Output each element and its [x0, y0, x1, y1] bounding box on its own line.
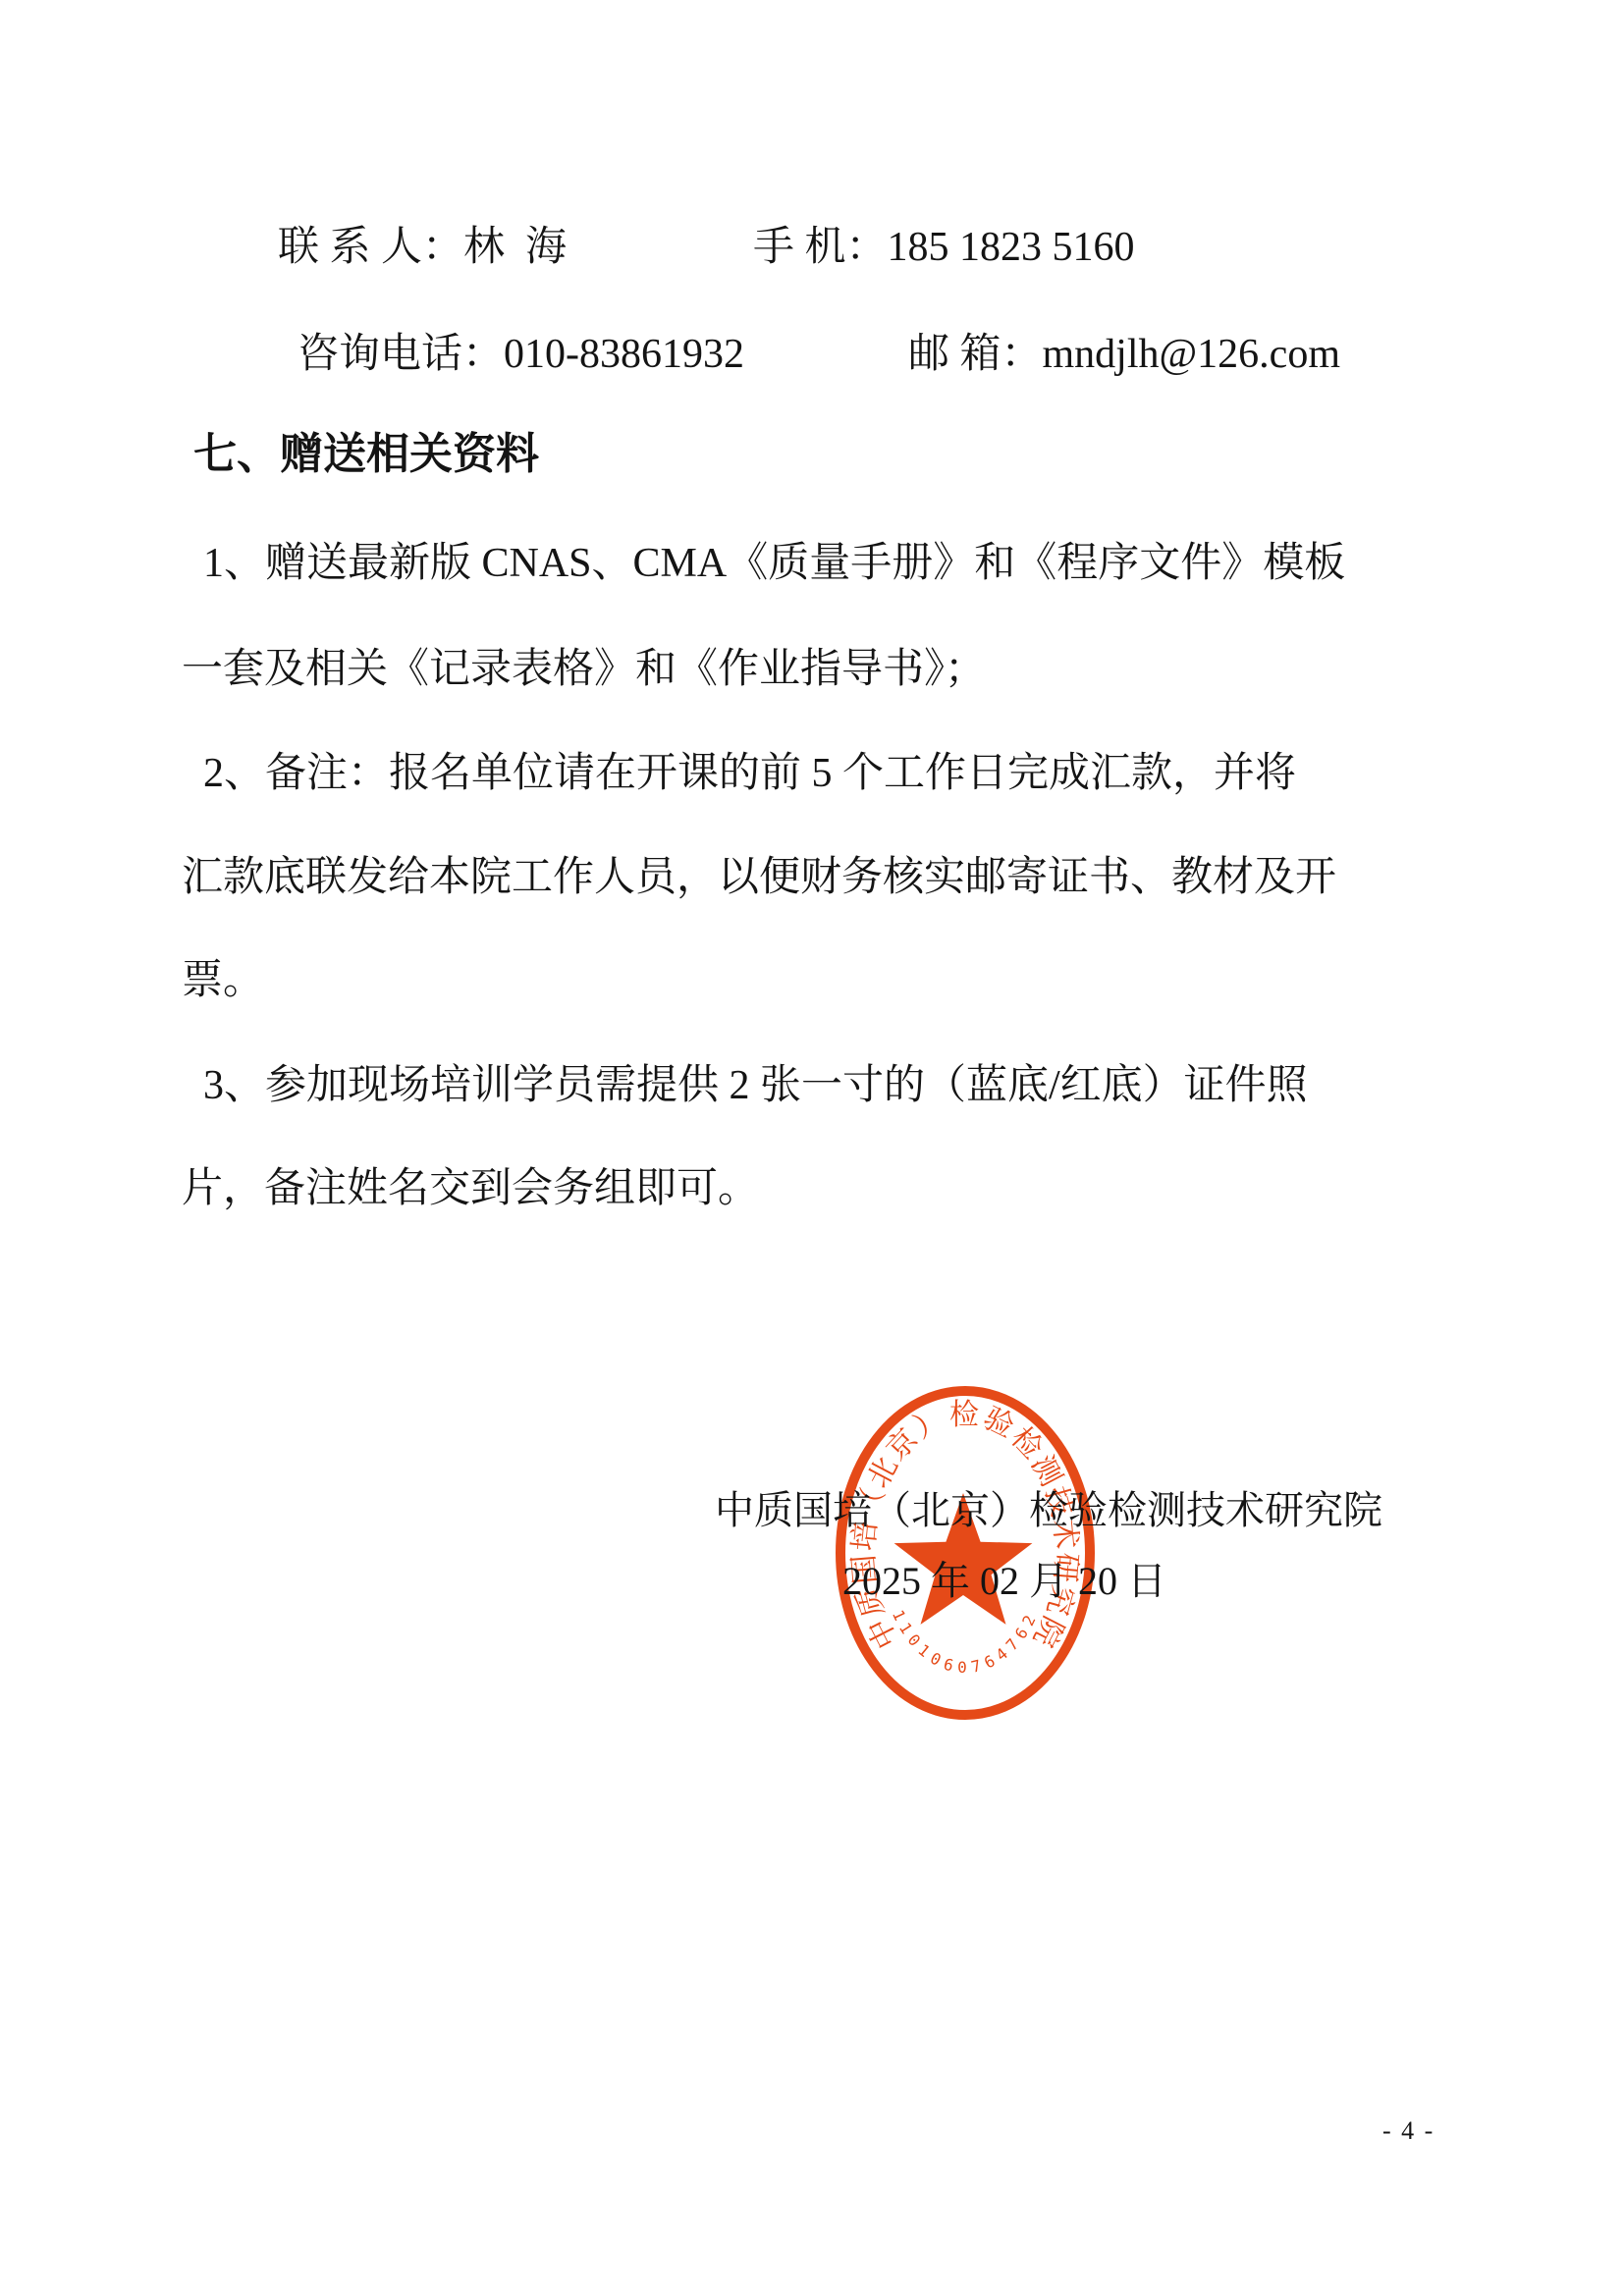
contact-email: 邮 箱：mndjlh@126.com: [908, 331, 1340, 378]
paragraph-line: 票。: [182, 957, 264, 1004]
paragraph-line: 2、备注：报名单位请在开课的前 5 个工作日完成汇款，并将: [203, 750, 1296, 797]
official-seal-stamp: 中质国培（北京）检验检测技术研究院 1101060764762: [835, 1384, 1096, 1722]
paragraph-line: 汇款底联发给本院工作人员，以便财务核实邮寄证书、教材及开: [182, 854, 1336, 901]
paragraph-line: 3、参加现场培训学员需提供 2 张一寸的（蓝底/红底）证件照: [203, 1062, 1308, 1109]
paragraph-line: 片，备注姓名交到会务组即可。: [182, 1165, 759, 1212]
paragraph-line: 1、赠送最新版 CNAS、CMA《质量手册》和《程序文件》模板: [203, 540, 1345, 587]
signature-date: 2025 年 02 月 20 日: [842, 1559, 1166, 1604]
page-number: - 4 -: [1382, 2116, 1435, 2146]
section-heading: 七、赠送相关资料: [193, 430, 539, 480]
contact-person: 联 系 人：林 海: [278, 224, 567, 271]
paragraph-line: 一套及相关《记录表格》和《作业指导书》；: [182, 646, 986, 693]
seal-serial-number: 1101060764762: [889, 1607, 1042, 1677]
document-page: 联 系 人：林 海 手 机：185 1823 5160 咨询电话：010-838…: [0, 0, 1624, 2296]
contact-phone: 咨询电话：010-83861932: [298, 331, 744, 378]
signature-organization: 中质国培（北京）检验检测技术研究院: [715, 1488, 1382, 1533]
contact-mobile: 手 机：185 1823 5160: [753, 224, 1135, 271]
